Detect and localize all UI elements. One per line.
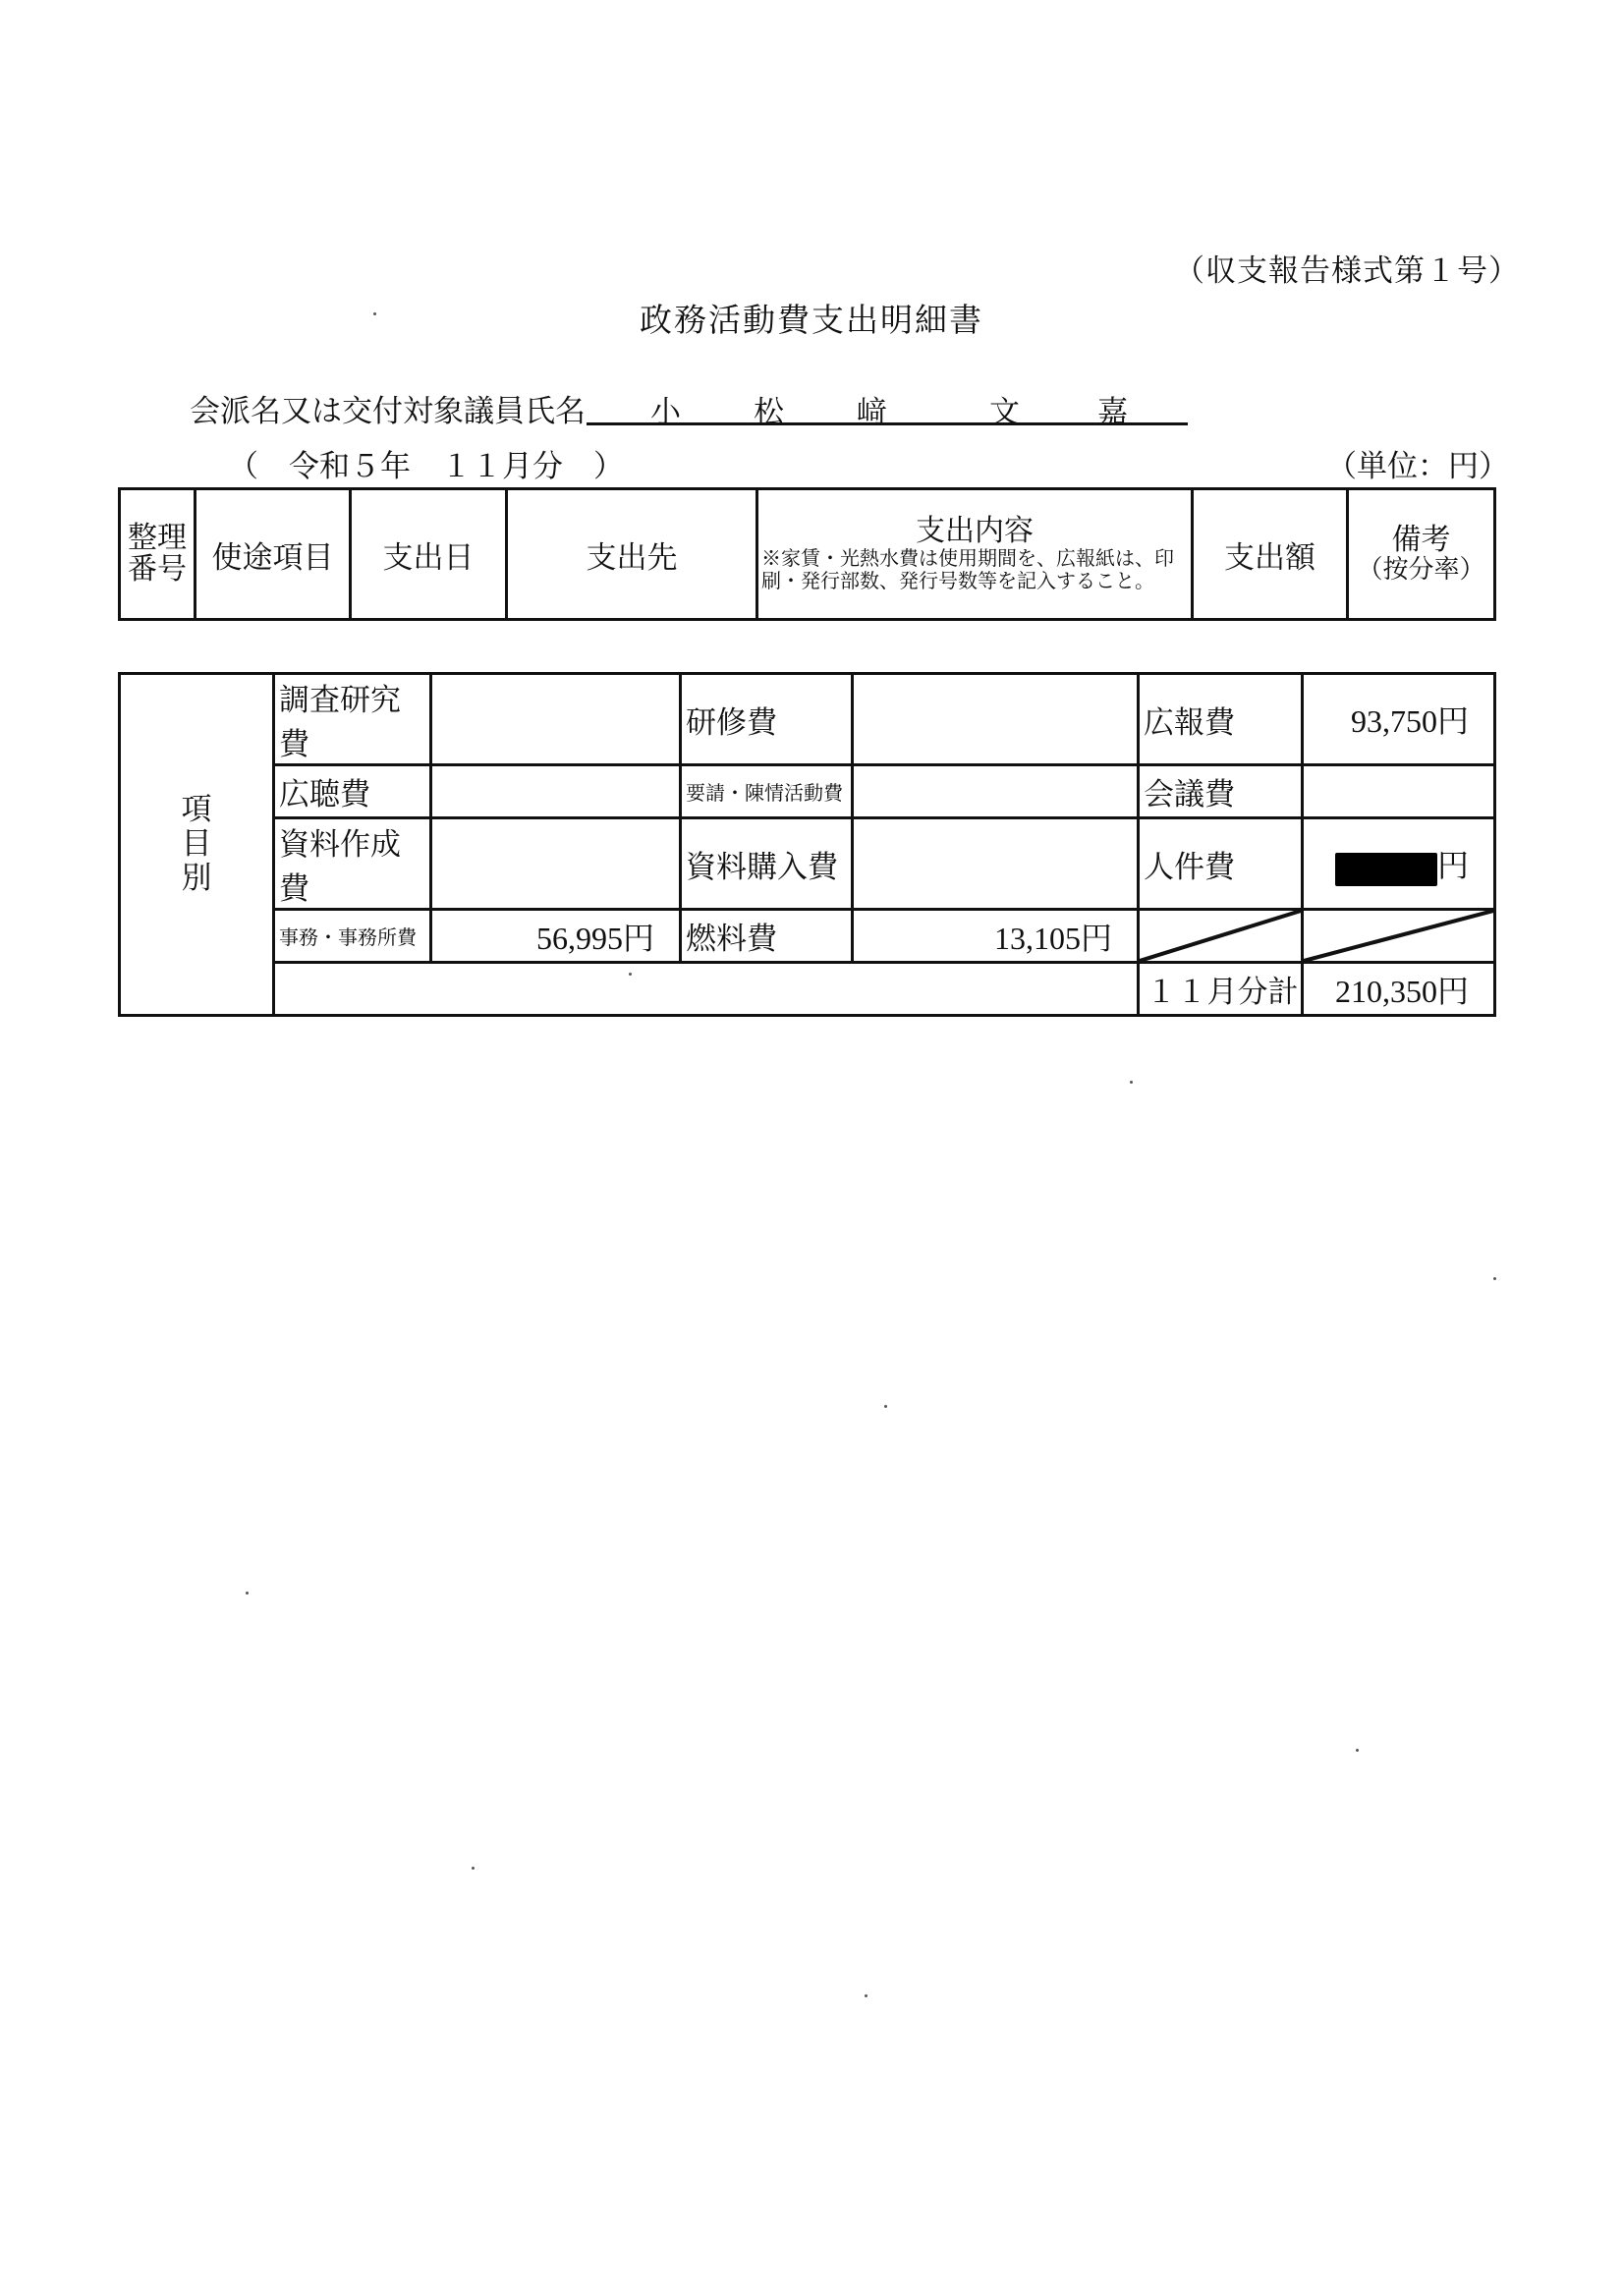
total-value: 210,350円 bbox=[1303, 963, 1495, 1016]
form-number: （収支報告様式第１号） bbox=[1174, 246, 1520, 290]
member-name-char: 嘉 bbox=[1097, 387, 1128, 431]
yen-suffix: 円 bbox=[1437, 848, 1469, 883]
item-label: 調査研究費 bbox=[274, 674, 431, 765]
item-summary-table: 項 目 別 調査研究費 研修費 広報費 93,750円 広聴費 要請・陳情活動費… bbox=[118, 672, 1496, 1017]
item-value: 93,750円 bbox=[1303, 674, 1495, 765]
col-remarks-title: 備考 bbox=[1349, 525, 1493, 556]
col-description: 支出内容 ※家賃・光熱水費は使用期間を、広報紙は、印刷・発行部数、発行号数等を記… bbox=[757, 489, 1193, 620]
item-label: 広報費 bbox=[1139, 674, 1303, 765]
col-description-note: ※家賃・光熱水費は使用期間を、広報紙は、印刷・発行部数、発行号数等を記入すること… bbox=[758, 547, 1191, 592]
item-value bbox=[431, 674, 681, 765]
member-name-char: 文 bbox=[989, 387, 1020, 431]
col-description-title: 支出内容 bbox=[758, 516, 1191, 547]
col-serial-number-line2: 番号 bbox=[121, 554, 194, 586]
item-value: 13,105円 bbox=[853, 910, 1139, 963]
item-value bbox=[853, 818, 1139, 910]
col-serial-number-line1: 整理 bbox=[121, 523, 194, 554]
by-item-char: 項 bbox=[121, 793, 272, 827]
col-payment-date: 支出日 bbox=[351, 489, 507, 620]
diagonal-strike-icon bbox=[1140, 911, 1301, 961]
item-value bbox=[431, 765, 681, 818]
col-remarks-sub: （按分率） bbox=[1349, 556, 1493, 584]
item-value bbox=[853, 674, 1139, 765]
item-value bbox=[853, 765, 1139, 818]
col-payee: 支出先 bbox=[507, 489, 757, 620]
by-item-char: 目 bbox=[121, 827, 272, 862]
item-label: 広聴費 bbox=[274, 765, 431, 818]
col-remarks: 備考 （按分率） bbox=[1348, 489, 1495, 620]
item-label: 人件費 bbox=[1139, 818, 1303, 910]
total-label: １１月分計 bbox=[1139, 963, 1303, 1016]
item-value bbox=[1303, 765, 1495, 818]
item-label: 資料作成費 bbox=[274, 818, 431, 910]
item-label: 燃料費 bbox=[681, 910, 853, 963]
struck-out-cell bbox=[1303, 910, 1495, 963]
personnel-cost-value: 円 bbox=[1303, 818, 1495, 910]
item-label: 資料購入費 bbox=[681, 818, 853, 910]
diagonal-strike-icon bbox=[1304, 911, 1493, 961]
item-label: 要請・陳情活動費 bbox=[681, 765, 853, 818]
document-title: 政務活動費支出明細書 bbox=[0, 295, 1623, 341]
member-name-label: 会派名又は交付対象議員氏名 bbox=[190, 386, 586, 430]
member-name-field: 小 松 﨑 文 嘉 bbox=[587, 387, 1188, 425]
col-amount: 支出額 bbox=[1193, 489, 1348, 620]
report-period: （ 令和５年 １１月分 ） bbox=[228, 441, 624, 485]
col-serial-number: 整理 番号 bbox=[120, 489, 196, 620]
redaction-block bbox=[1335, 853, 1437, 886]
by-item-header: 項 目 別 bbox=[120, 674, 274, 1016]
expenditure-detail-table: 整理 番号 使途項目 支出日 支出先 支出内容 ※家賃・光熱水費は使用期間を、広… bbox=[118, 487, 1496, 621]
item-value: 56,995円 bbox=[431, 910, 681, 963]
by-item-char: 別 bbox=[121, 862, 272, 896]
member-name-char: 﨑 bbox=[857, 387, 887, 431]
member-name-char: 小 bbox=[650, 387, 681, 431]
currency-unit: （単位：円） bbox=[1326, 441, 1509, 485]
blank-area bbox=[274, 963, 1139, 1016]
member-name-char: 松 bbox=[754, 387, 784, 431]
item-label: 事務・事務所費 bbox=[274, 910, 431, 963]
col-usage-item: 使途項目 bbox=[196, 489, 351, 620]
struck-out-cell bbox=[1139, 910, 1303, 963]
item-label: 研修費 bbox=[681, 674, 853, 765]
item-label: 会議費 bbox=[1139, 765, 1303, 818]
item-value bbox=[431, 818, 681, 910]
